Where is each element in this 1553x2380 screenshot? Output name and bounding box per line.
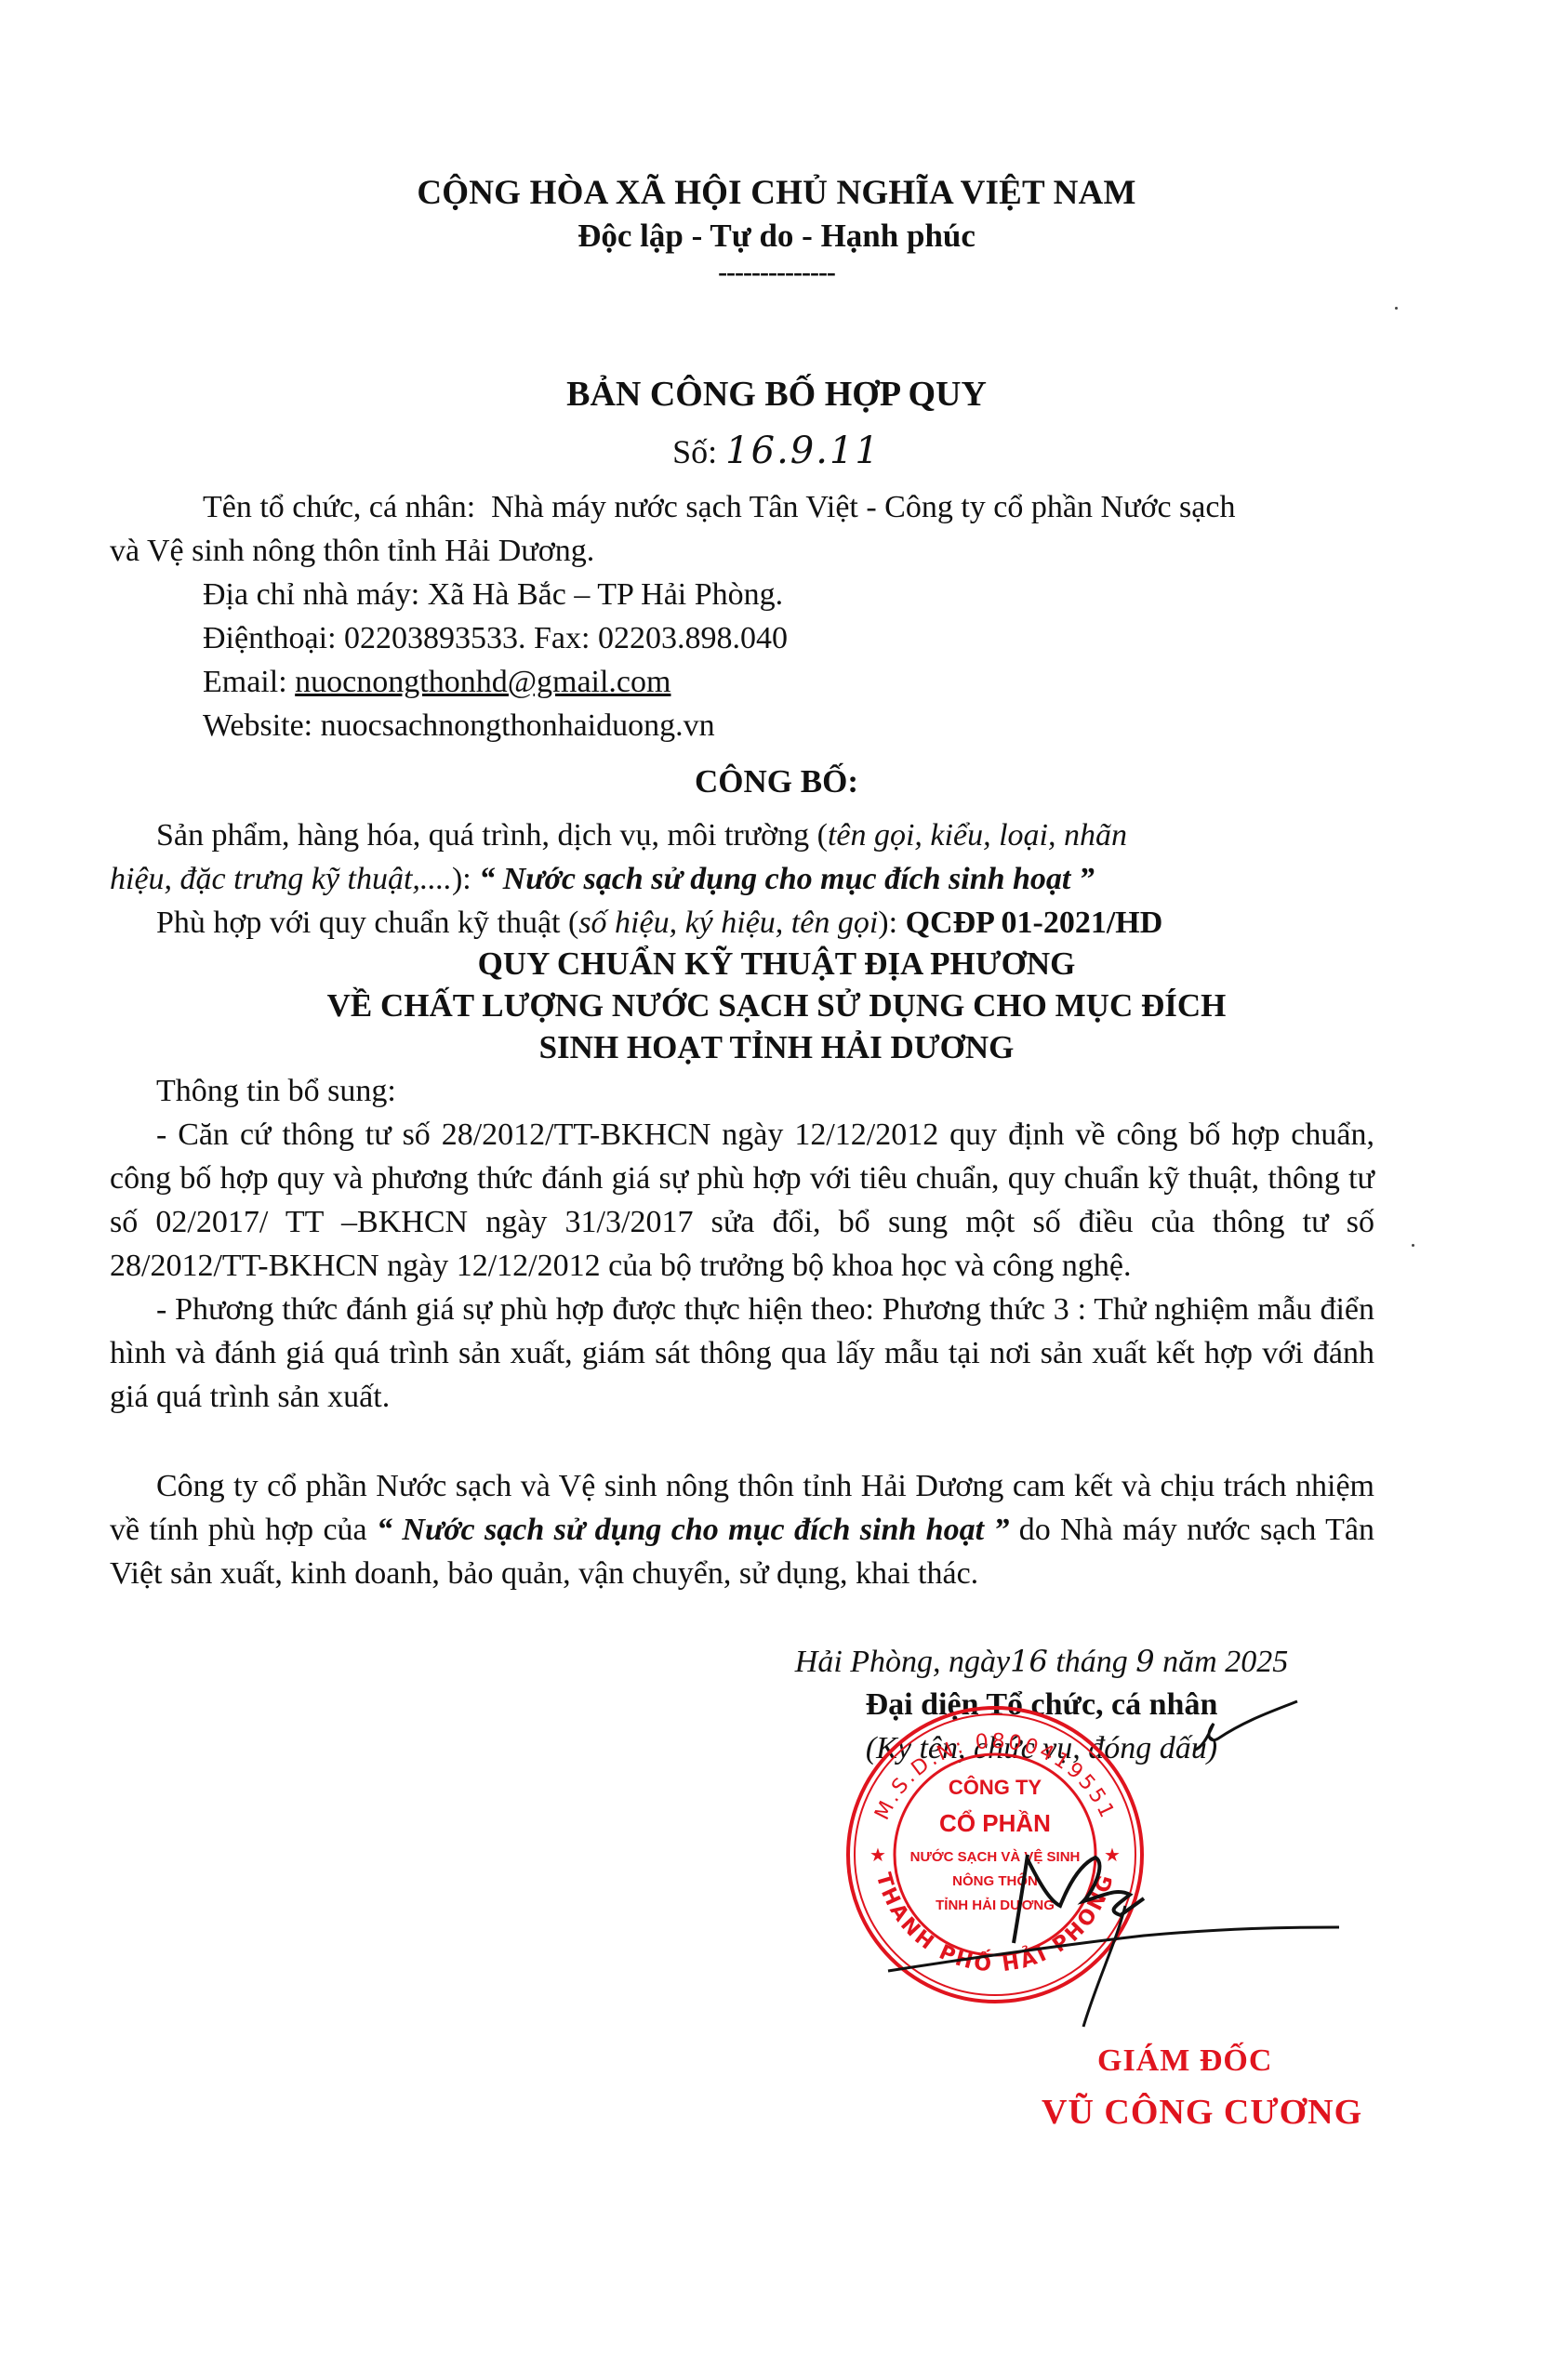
org-name-line1: Tên tổ chức, cá nhân: Nhà máy nước sạch …: [156, 485, 1374, 529]
standard-title-1: QUY CHUẨN KỸ THUẬT ĐỊA PHƯƠNG: [0, 945, 1553, 984]
header-divider: --------------: [0, 257, 1553, 288]
product-italic-2: hiệu, đặc trưng kỹ thuật,....: [110, 862, 452, 896]
handwritten-signature: [837, 1664, 1358, 2036]
product-block: Sản phẩm, hàng hóa, quá trình, dịch vụ, …: [110, 813, 1374, 945]
extra-item-2: - Phương thức đánh giá sự phù hợp được t…: [110, 1288, 1374, 1419]
commitment-product: “ Nước sạch sử dụng cho mục đích sinh ho…: [377, 1513, 1009, 1547]
org-email: Email: nuocnongthonhd@gmail.com: [156, 660, 1374, 704]
document-number: Số: 16.9.11: [0, 430, 1553, 472]
position-title: GIÁM ĐỐC: [1097, 2043, 1272, 2079]
announce-heading: CÔNG BỐ:: [0, 762, 1553, 801]
email-link[interactable]: nuocnongthonhd@gmail.com: [295, 665, 670, 699]
product-line2: hiệu, đặc trưng kỹ thuật,....): “ Nước s…: [110, 857, 1374, 901]
signer-name: VŨ CÔNG CƯƠNG: [1042, 2092, 1362, 2133]
motto: Độc lập - Tự do - Hạnh phúc: [0, 218, 1553, 255]
product-prefix: Sản phẩm, hàng hóa, quá trình, dịch vụ, …: [156, 818, 828, 853]
org-name-line2: và Vệ sinh nông thôn tỉnh Hải Dương.: [110, 529, 1374, 573]
email-label: Email:: [203, 665, 287, 699]
scan-speck: [1412, 1244, 1414, 1247]
number-label: Số:: [672, 433, 717, 470]
standard-prefix: Phù hợp với quy chuẩn kỹ thuật (: [156, 906, 578, 940]
extra-info: Thông tin bổ sung: - Căn cứ thông tư số …: [110, 1069, 1374, 1419]
standard-line: Phù hợp với quy chuẩn kỹ thuật (số hiệu,…: [110, 901, 1374, 945]
standard-italic: số hiệu, ký hiệu, tên gọi: [578, 906, 878, 940]
product-line1: Sản phẩm, hàng hóa, quá trình, dịch vụ, …: [110, 813, 1374, 857]
standard-code: QCĐP 01-2021/HD: [906, 906, 1163, 940]
document-title: BẢN CÔNG BỐ HỢP QUY: [0, 374, 1553, 415]
product-mid: ):: [452, 862, 479, 896]
product-name: “ Nước sạch sử dụng cho mục đích sinh ho…: [479, 862, 1095, 896]
scan-speck: [1395, 307, 1398, 310]
commitment: Công ty cổ phần Nước sạch và Vệ sinh nôn…: [110, 1464, 1374, 1595]
standard-title-2: VỀ CHẤT LƯỢNG NƯỚC SẠCH SỬ DỤNG CHO MỤC …: [0, 986, 1553, 1025]
org-website: Website: nuocsachnongthonhaiduong.vn: [156, 704, 1374, 747]
org-phone: Điệnthoại: 02203893533. Fax: 02203.898.0…: [156, 616, 1374, 660]
standard-title-3: SINH HOẠT TỈNH HẢI DƯƠNG: [0, 1028, 1553, 1067]
product-italic-1: tên gọi, kiểu, loại, nhãn: [828, 818, 1127, 853]
country-heading: CỘNG HÒA XÃ HỘI CHỦ NGHĨA VIỆT NAM: [0, 173, 1553, 213]
document-page: CỘNG HÒA XÃ HỘI CHỦ NGHĨA VIỆT NAM Độc l…: [0, 0, 1553, 2380]
extra-heading: Thông tin bổ sung:: [110, 1069, 1374, 1113]
standard-mid: ):: [878, 906, 905, 940]
org-name-label: Tên tổ chức, cá nhân:: [203, 490, 475, 524]
org-name-value: Nhà máy nước sạch Tân Việt - Công ty cổ …: [491, 490, 1235, 524]
org-address: Địa chỉ nhà máy: Xã Hà Bắc – TP Hải Phòn…: [156, 573, 1374, 616]
number-handwritten: 16.9.11: [725, 430, 881, 472]
org-info: Tên tổ chức, cá nhân: Nhà máy nước sạch …: [156, 485, 1374, 747]
extra-item-1: - Căn cứ thông tư số 28/2012/TT-BKHCN ng…: [110, 1113, 1374, 1288]
